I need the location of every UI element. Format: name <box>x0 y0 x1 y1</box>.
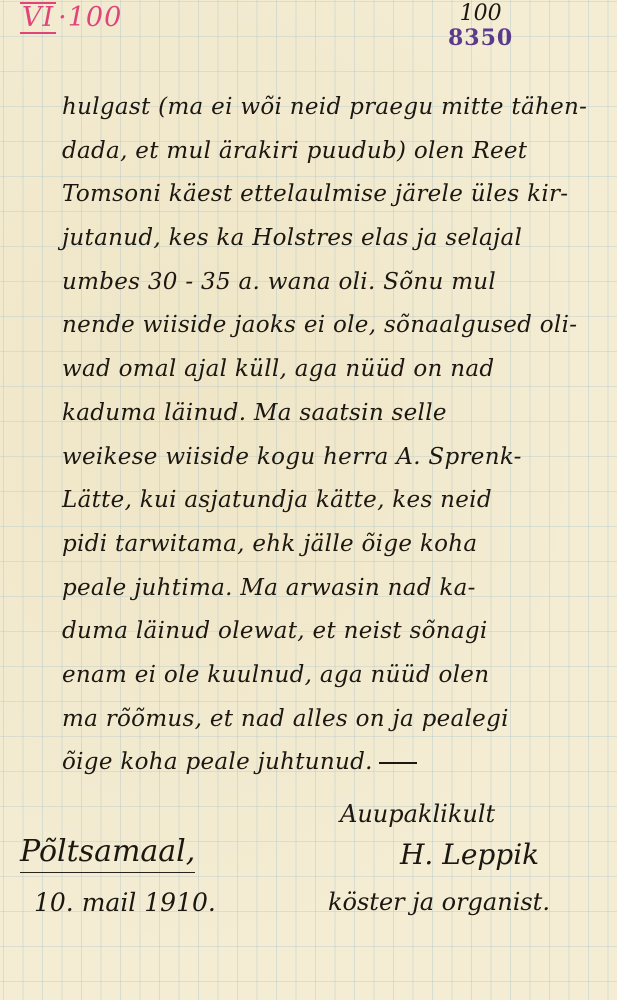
signer-title: köster ja organist. <box>328 888 550 916</box>
letter-page: VI·100 100 8350 hulgast (ma ei wõi neid … <box>0 0 617 1000</box>
text-line: peale juhtima. Ma arwasin nad ka- <box>62 567 610 611</box>
archive-mark: VI·100 <box>20 2 122 34</box>
closing-dash <box>379 762 417 764</box>
text-line: nende wiiside jaoks ei ole, sõnaalgused … <box>62 304 610 348</box>
archive-mark-number: ·100 <box>58 2 122 33</box>
closing-salutation: Auupaklikult <box>340 800 495 828</box>
letter-date: 10. mail 1910. <box>34 888 216 917</box>
page-number: 100 <box>448 2 513 26</box>
text-line: umbes 30 - 35 a. wana oli. Sõnu mul <box>62 261 610 305</box>
text-line: duma läinud olewat, et neist sõnagi <box>62 610 610 654</box>
text-line: pidi tarwitama, ehk jälle õige koha <box>62 523 610 567</box>
text-line: hulgast (ma ei wõi neid praegu mitte täh… <box>62 86 610 130</box>
text-line-last: õige koha peale juhtunud. <box>62 741 610 785</box>
letter-body: hulgast (ma ei wõi neid praegu mitte täh… <box>62 86 610 785</box>
text-line: ma rõõmus, et nad alles on ja pealegi <box>62 698 610 742</box>
text-line: enam ei ole kuulnud, aga nüüd olen <box>62 654 610 698</box>
text-line: weikese wiiside kogu herra A. Sprenk- <box>62 436 610 480</box>
text-line: wad omal ajal küll, aga nüüd on nad <box>62 348 610 392</box>
folio: 100 8350 <box>448 2 513 50</box>
archive-stamp: 8350 <box>448 26 513 50</box>
text-line: kaduma läinud. Ma saatsin selle <box>62 392 610 436</box>
text-line: Tomsoni käest ettelaulmise järele üles k… <box>62 173 610 217</box>
signature: H. Leppik <box>400 838 539 871</box>
text-line: jutanud, kes ka Holstres elas ja selajal <box>62 217 610 261</box>
text-line: dada, et mul ärakiri puudub) olen Reet <box>62 130 610 174</box>
text-line: Lätte, kui asjatundja kätte, kes neid <box>62 479 610 523</box>
place-of-writing: Põltsamaal, <box>20 832 195 873</box>
archive-mark-roman: VI <box>20 2 56 34</box>
text-line-content: õige koha peale juhtunud. <box>62 749 373 775</box>
